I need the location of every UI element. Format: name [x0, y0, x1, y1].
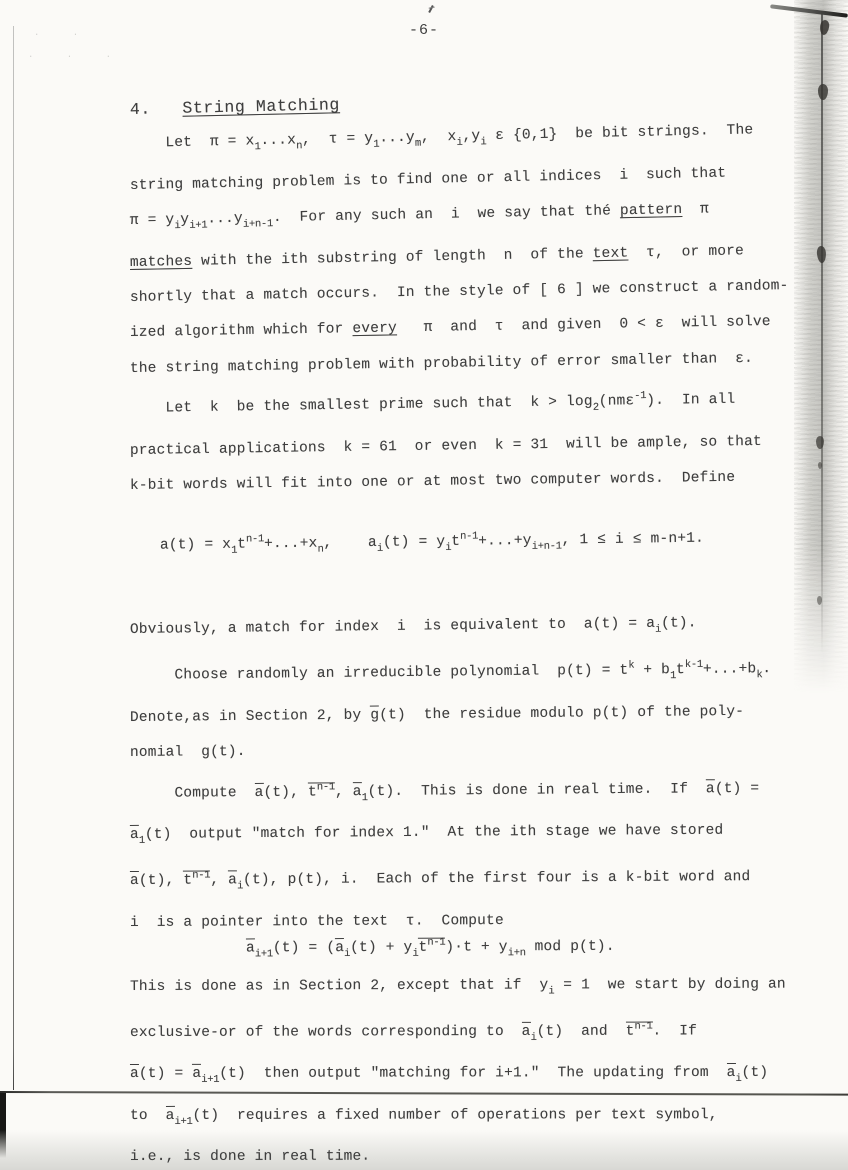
- scanned-paper-page: · · · · · -6- 4. String Matching Let π =…: [0, 0, 848, 1170]
- text-line: i.e., is done in real time.: [130, 1139, 830, 1170]
- text-line: a(t), tn-1, ai(t), p(t), i. Each of the …: [130, 855, 830, 906]
- text-line: a(t) = ai+1(t) then output "matching for…: [130, 1056, 830, 1099]
- display-equation: a(t) = x1tn-1+...+xn, ai(t) = yitn-1+...…: [130, 516, 831, 571]
- scan-speck: · · ·: [28, 52, 125, 62]
- text-line: to ai+1(t) requires a fixed number of op…: [130, 1098, 830, 1140]
- document-lines: 4. String Matching Let π = x1...xn, τ = …: [130, 92, 830, 1170]
- display-equation: ai+1(t) = (ai(t) + yitn-1)·t + yi+n mod …: [130, 924, 830, 974]
- text-line: This is done as in Section 2, except tha…: [130, 967, 830, 1011]
- text-line: Compute a(t), tn-1, a1(t). This is done …: [130, 766, 830, 818]
- text-line: exclusive-or of the words corresponding …: [130, 1009, 830, 1057]
- page-left-edge-line: [13, 26, 14, 1090]
- stray-pen-mark: [428, 5, 434, 13]
- text-line: nomial g(t).: [130, 730, 830, 772]
- text-line: Choose randomly an irreducible polynomia…: [130, 647, 830, 701]
- page-number: -6-: [0, 22, 848, 39]
- text-line: a1(t) output "match for index 1." At the…: [130, 813, 830, 860]
